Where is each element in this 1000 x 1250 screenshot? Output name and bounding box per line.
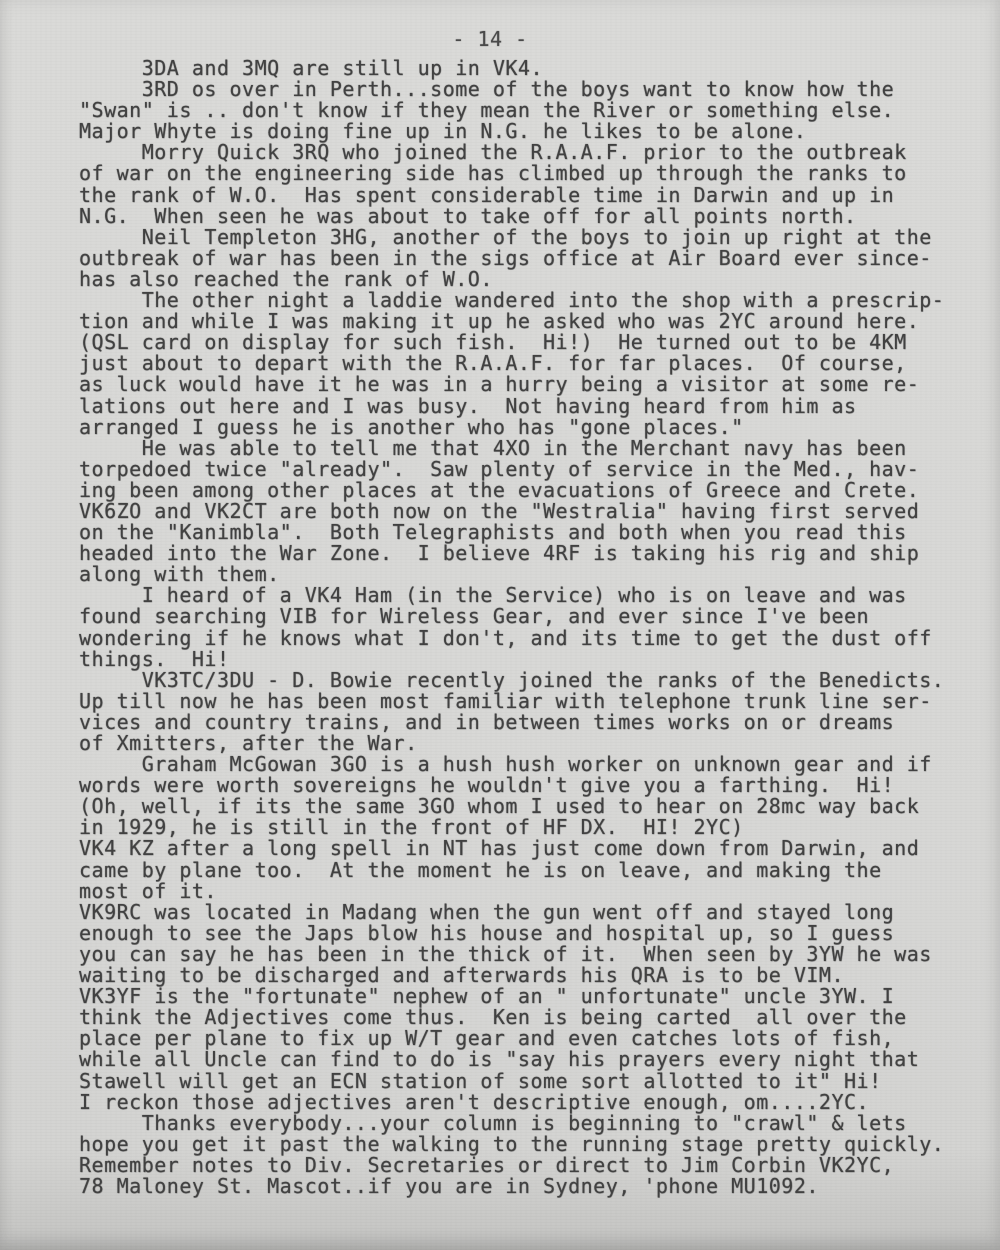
page-number: - 14 - — [0, 27, 990, 51]
scanned-newsletter-page: - 14 - 3DA and 3MQ are still up in VK4. … — [0, 0, 1000, 1250]
page-body-text: 3DA and 3MQ are still up in VK4. 3RD os … — [79, 58, 969, 1197]
